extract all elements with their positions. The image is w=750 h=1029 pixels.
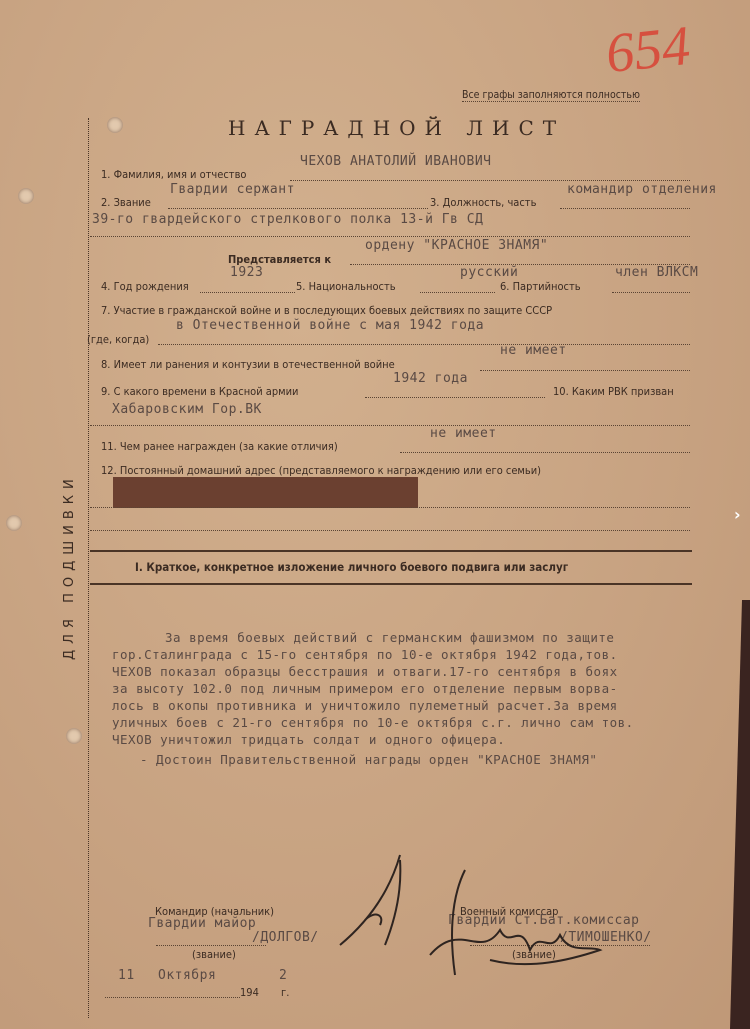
f7-value: в Отечественной войне с мая 1942 года	[176, 318, 484, 333]
narrative-line: За время боевых действий с германским фа…	[165, 630, 614, 645]
f2-line	[168, 208, 428, 209]
section-heading: I. Краткое, конкретное изложение личного…	[135, 560, 568, 574]
date-year-prefix: 194	[240, 986, 259, 999]
commander-name: /ДОЛГОВ/	[252, 930, 319, 945]
f6-line	[612, 292, 690, 293]
sheet-number: 654	[603, 14, 693, 86]
next-page-arrow[interactable]: ›	[734, 505, 741, 524]
commissar-signature	[420, 860, 620, 980]
f3-value: командир отделения	[567, 182, 717, 197]
section-rule-top	[90, 550, 692, 552]
punch-hole	[66, 728, 82, 744]
f8-value: не имеет	[500, 343, 567, 358]
date-year-suffix: г.	[281, 986, 289, 999]
narrative-line: ЧЕХОВ уничтожил тридцать солдат и одного…	[112, 732, 505, 747]
f7-label: 7. Участие в гражданской войне и в после…	[101, 304, 552, 317]
f4-line	[200, 292, 295, 293]
commander-rank: Гвардии майор	[148, 916, 256, 931]
narrative-line: за высоту 102.0 под личным примером его …	[112, 681, 618, 696]
f3-label: 3. Должность, часть	[430, 196, 536, 209]
header-note: Все графы заполняются полностью	[462, 89, 640, 102]
f4-value: 1923	[230, 265, 263, 280]
f7-sublabel: (где, когда)	[87, 333, 149, 346]
f10-value: Хабаровским Гор.ВК	[112, 402, 262, 417]
f6-label: 6. Партийность	[500, 280, 581, 293]
f1-label: 1. Фамилия, имя и отчество	[101, 168, 246, 181]
f2-label: 2. Звание	[101, 196, 151, 209]
date-line	[105, 997, 240, 998]
f9-value: 1942 года	[393, 371, 468, 386]
f8-line	[480, 370, 690, 371]
punch-hole	[18, 188, 34, 204]
binding-margin-line	[88, 118, 90, 1018]
f3-line	[560, 208, 690, 209]
f6-value: член ВЛКСМ	[615, 265, 698, 280]
commander-rank-caption: (звание)	[192, 948, 236, 961]
f9-label: 9. С какого времени в Красной армии	[101, 385, 298, 398]
narrative-line: уличных боев с 21-го сентября по 10-е ок…	[112, 715, 634, 730]
binding-label: ДЛЯ ПОДШИВКИ	[62, 473, 77, 660]
date-month: Октября	[158, 968, 216, 983]
section-rule-bottom	[90, 583, 692, 585]
date-year-digit: 2	[279, 968, 287, 983]
date-day: 11	[118, 968, 135, 983]
narrative-line: ЧЕХОВ показал образцы бесстрашия и отваг…	[112, 664, 618, 679]
f10-line	[90, 425, 690, 426]
f7-line	[158, 344, 690, 345]
f11-value: не имеет	[430, 426, 497, 441]
narrative-line: лось в окопы противника и уничтожило пул…	[112, 698, 618, 713]
f3-value-cont: 39-го гвардейского стрелкового полка 13-…	[92, 212, 483, 227]
f12-line-2	[90, 530, 690, 531]
punch-hole	[107, 117, 123, 133]
document-title: НАГРАДНОЙ ЛИСТ	[228, 116, 565, 140]
f5-value: русский	[460, 265, 518, 280]
f2-value: Гвардии сержант	[170, 182, 295, 197]
commander-signature	[330, 850, 430, 950]
narrative-line: гор.Сталинграда с 15-го сентября по 10-е…	[112, 647, 618, 662]
f5-label: 5. Национальность	[296, 280, 396, 293]
f1-line	[290, 180, 690, 181]
redacted-address	[113, 477, 418, 508]
f1-value: ЧЕХОВ АНАТОЛИЙ ИВАНОВИЧ	[300, 154, 492, 169]
f11-label: 11. Чем ранее награжден (за какие отличи…	[101, 440, 338, 453]
f10-label: 10. Каким РВК призван	[553, 385, 674, 398]
f8-label: 8. Имеет ли ранения и контузии в отечест…	[101, 358, 395, 371]
f12-label: 12. Постоянный домашний адрес (представл…	[101, 464, 541, 477]
presented-value: ордену "КРАСНОЕ ЗНАМЯ"	[365, 238, 548, 253]
f11-line	[400, 452, 690, 453]
punch-hole	[6, 515, 22, 531]
f5-line	[420, 292, 495, 293]
commander-rank-line	[156, 945, 266, 946]
narrative-conclusion: - Достоин Правительственной награды орде…	[140, 752, 597, 767]
f9-line	[365, 397, 545, 398]
f12-line-1	[90, 507, 690, 508]
f4-label: 4. Год рождения	[101, 280, 189, 293]
f3-line-2	[90, 236, 690, 237]
